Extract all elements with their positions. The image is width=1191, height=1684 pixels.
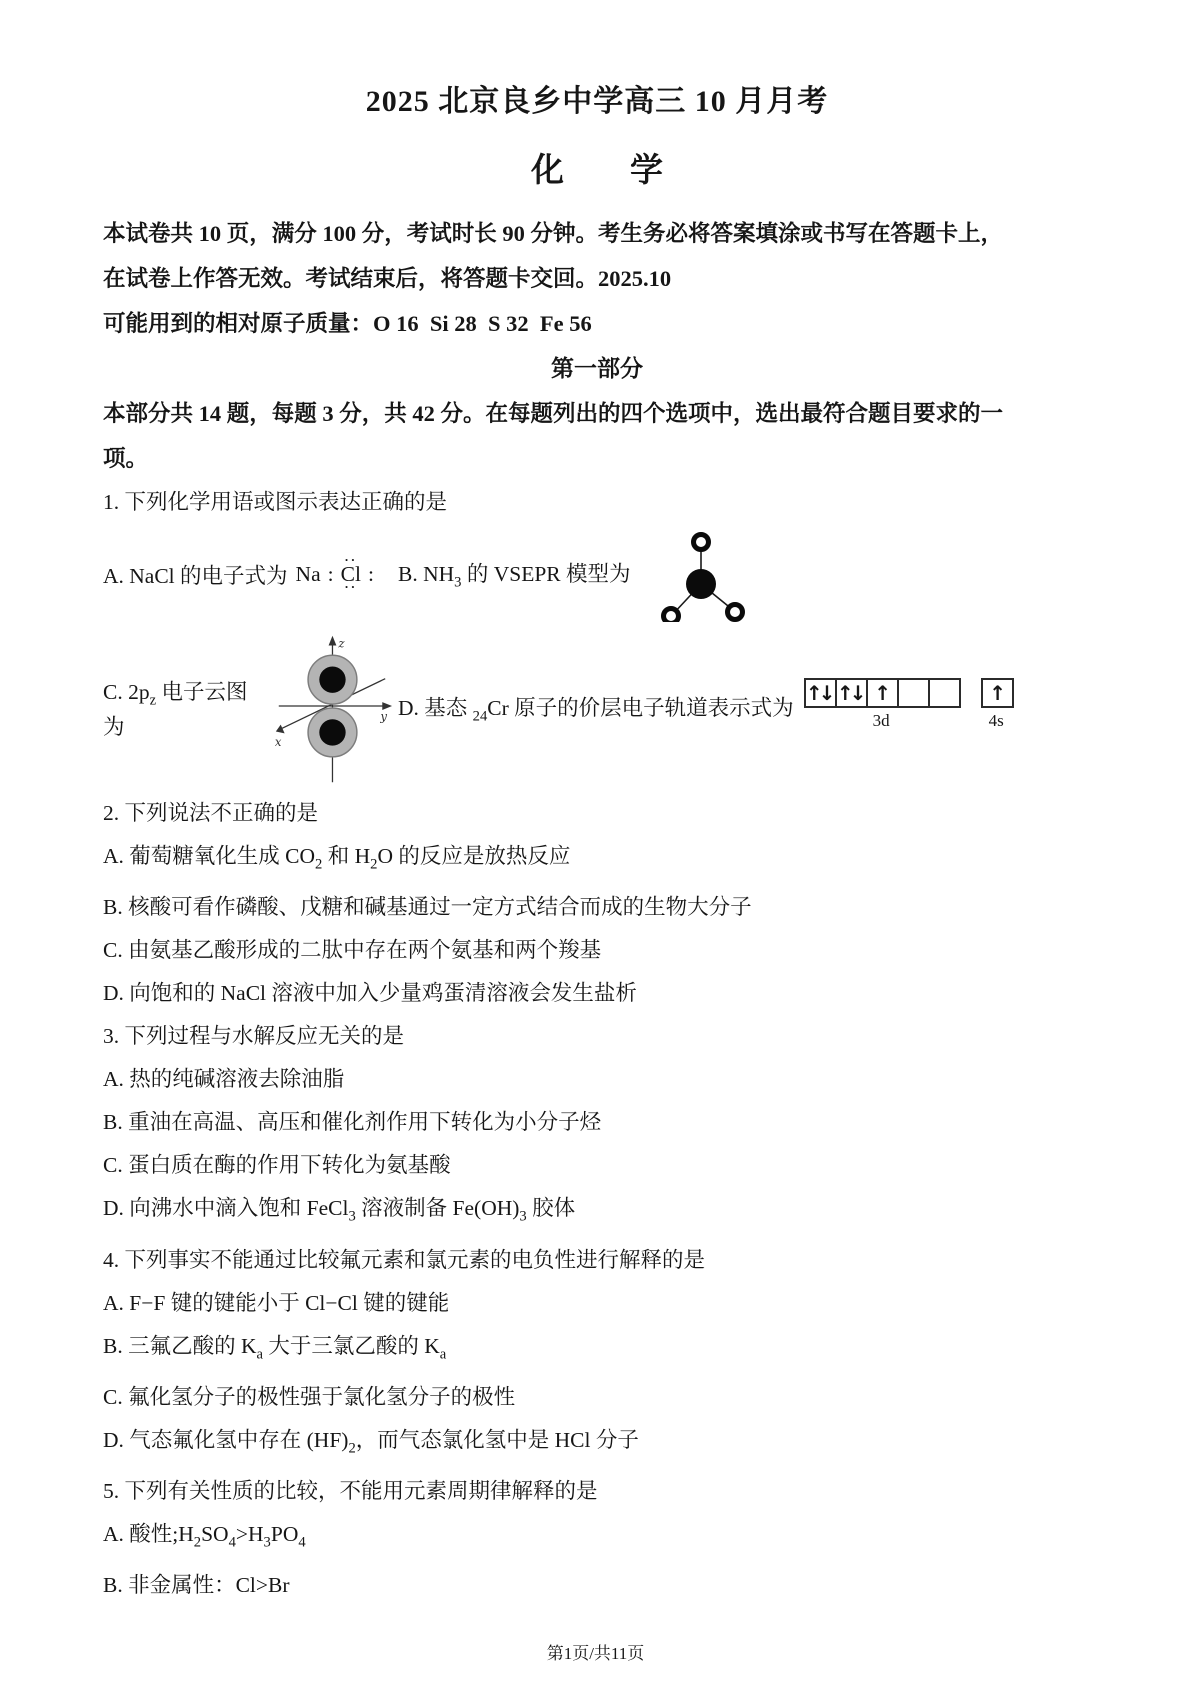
lewis-dots-bottom: ·· — [344, 580, 357, 593]
orbital-3d-boxes: ↑↓ ↑↓ ↑ — [804, 678, 959, 708]
q2-option-b: B. 核酸可看作磷酸、戊糖和碱基通过一定方式结合而成的生物大分子 — [103, 886, 1091, 929]
hydrogen-atom-left — [663, 609, 678, 623]
nacl-electron-dot-formula: Na : ··Cl·· : — [296, 562, 381, 587]
x-axis-label: x — [275, 735, 282, 749]
nitrogen-atom — [686, 569, 716, 599]
atomic-mass-note: 可能用到的相对原子质量：O 16 Si 28 S 32 Fe 56 — [103, 301, 1091, 346]
q5-option-b: B. 非金属性：Cl>Br — [103, 1564, 1091, 1607]
q2-option-d: D. 向饱和的 NaCl 溶液中加入少量鸡蛋清溶液会发生盐析 — [103, 972, 1091, 1015]
q1-option-d-text: D. 基态 24Cr 原子的价层电子轨道表示式为 — [398, 691, 794, 725]
nh3-vsepr-model-diagram — [649, 526, 753, 622]
y-axis-label: y — [379, 710, 387, 724]
q1-option-d: D. 基态 24Cr 原子的价层电子轨道表示式为 ↑↓ ↑↓ ↑ 3d ↑ — [398, 682, 1012, 735]
2pz-electron-cloud-diagram: z y x — [269, 628, 398, 788]
lewis-na: Na — [296, 562, 321, 587]
lewis-colon-2: : — [368, 562, 374, 587]
z-axis-label: z — [337, 636, 345, 650]
q3-option-a: A. 热的纯碱溶液去除油脂 — [103, 1058, 1091, 1101]
orbital-box: ↑↓ — [835, 678, 868, 708]
q5-option-a: A. 酸性;H2SO4>H3PO4 — [103, 1513, 1091, 1564]
q2-option-a: A. 葡萄糖氧化生成 CO2 和 H2O 的反应是放热反应 — [103, 835, 1091, 886]
q5-stem: 5. 下列有关性质的比较，不能用元素周期律解释的是 — [103, 1470, 1091, 1513]
z-arrowhead — [329, 636, 337, 646]
orbital-box: ↑ — [866, 678, 899, 708]
orbital-4s-label: 4s — [989, 711, 1004, 731]
q4-stem: 4. 下列事实不能通过比较氟元素和氯元素的电负性进行解释的是 — [103, 1239, 1091, 1282]
x-arrowhead — [276, 725, 285, 734]
lewis-cl-with-dots: ··Cl·· — [341, 562, 361, 587]
q1-options-row-ab: A. NaCl 的电子式为 Na : ··Cl·· : B. NH3 的 VSE… — [103, 524, 1091, 624]
q4-option-c: C. 氟化氢分子的极性强于氯化氢分子的极性 — [103, 1376, 1091, 1419]
cr-orbital-diagram: ↑↓ ↑↓ ↑ 3d ↑ 4s — [804, 678, 1012, 731]
upper-lobe-inner — [319, 666, 345, 692]
part1-description-line2: 项。 — [103, 436, 1091, 481]
orbital-box — [928, 678, 961, 708]
hydrogen-atom-top — [693, 535, 708, 550]
q1-option-b: B. NH3 的 VSEPR 模型为 — [398, 526, 753, 622]
q4-option-d: D. 气态氟化氢中存在 (HF)2，而气态氯化氢中是 HCl 分子 — [103, 1419, 1091, 1470]
orbital-box: ↑↓ — [804, 678, 837, 708]
q1-option-a-text: A. NaCl 的电子式为 — [103, 559, 288, 590]
q2-option-c: C. 由氨基乙酸形成的二肽中存在两个氨基和两个羧基 — [103, 929, 1091, 972]
q3-option-d: D. 向沸水中滴入饱和 FeCl3 溶液制备 Fe(OH)3 胶体 — [103, 1187, 1091, 1238]
q1-options-row-cd: C. 2pz 电子云图为 z y x — [103, 624, 1091, 792]
q4-option-b: B. 三氟乙酸的 Ka 大于三氯乙酸的 Ka — [103, 1325, 1091, 1376]
q1-option-c-text: C. 2pz 电子云图为 — [103, 675, 265, 740]
orbital-3d-label: 3d — [873, 711, 890, 731]
orbital-4s-group: ↑ 4s — [981, 678, 1012, 731]
exam-subject: 化 学 — [103, 144, 1091, 191]
orbital-box — [897, 678, 930, 708]
part1-title: 第一部分 — [103, 346, 1091, 391]
q1-option-b-text: B. NH3 的 VSEPR 模型为 — [398, 557, 631, 591]
lewis-colon: : — [328, 562, 334, 587]
q3-stem: 3. 下列过程与水解反应无关的是 — [103, 1015, 1091, 1058]
q2-stem: 2. 下列说法不正确的是 — [103, 792, 1091, 835]
exam-instructions-line1: 本试卷共 10 页，满分 100 分，考试时长 90 分钟。考生务必将答案填涂或… — [103, 211, 1091, 256]
orbital-box: ↑ — [981, 678, 1014, 708]
q1-stem: 1. 下列化学用语或图示表达正确的是 — [103, 481, 1091, 524]
exam-instructions-line2: 在试卷上作答无效。考试结束后，将答题卡交回。2025.10 — [103, 256, 1091, 301]
lewis-dots-top: ·· — [344, 553, 357, 566]
orbital-4s-boxes: ↑ — [981, 678, 1012, 708]
q1-option-a: A. NaCl 的电子式为 Na : ··Cl·· : — [103, 559, 398, 590]
page-footer: 第1页/共11页 — [0, 1639, 1191, 1664]
hydrogen-atom-right — [727, 605, 742, 620]
exam-title: 2025 北京良乡中学高三 10 月月考 — [103, 76, 1091, 120]
lower-lobe-inner — [319, 719, 345, 745]
orbital-3d-group: ↑↓ ↑↓ ↑ 3d — [804, 678, 959, 731]
q3-option-c: C. 蛋白质在酶的作用下转化为氨基酸 — [103, 1144, 1091, 1187]
part1-description-line1: 本部分共 14 题，每题 3 分，共 42 分。在每题列出的四个选项中，选出最符… — [103, 391, 1091, 436]
q3-option-b: B. 重油在高温、高压和催化剂作用下转化为小分子烃 — [103, 1101, 1091, 1144]
exam-paper-page: 2025 北京良乡中学高三 10 月月考 化 学 本试卷共 10 页，满分 10… — [0, 0, 1191, 1684]
q4-option-a: A. F−F 键的键能小于 Cl−Cl 键的键能 — [103, 1282, 1091, 1325]
q1-option-c: C. 2pz 电子云图为 z y x — [103, 628, 398, 788]
